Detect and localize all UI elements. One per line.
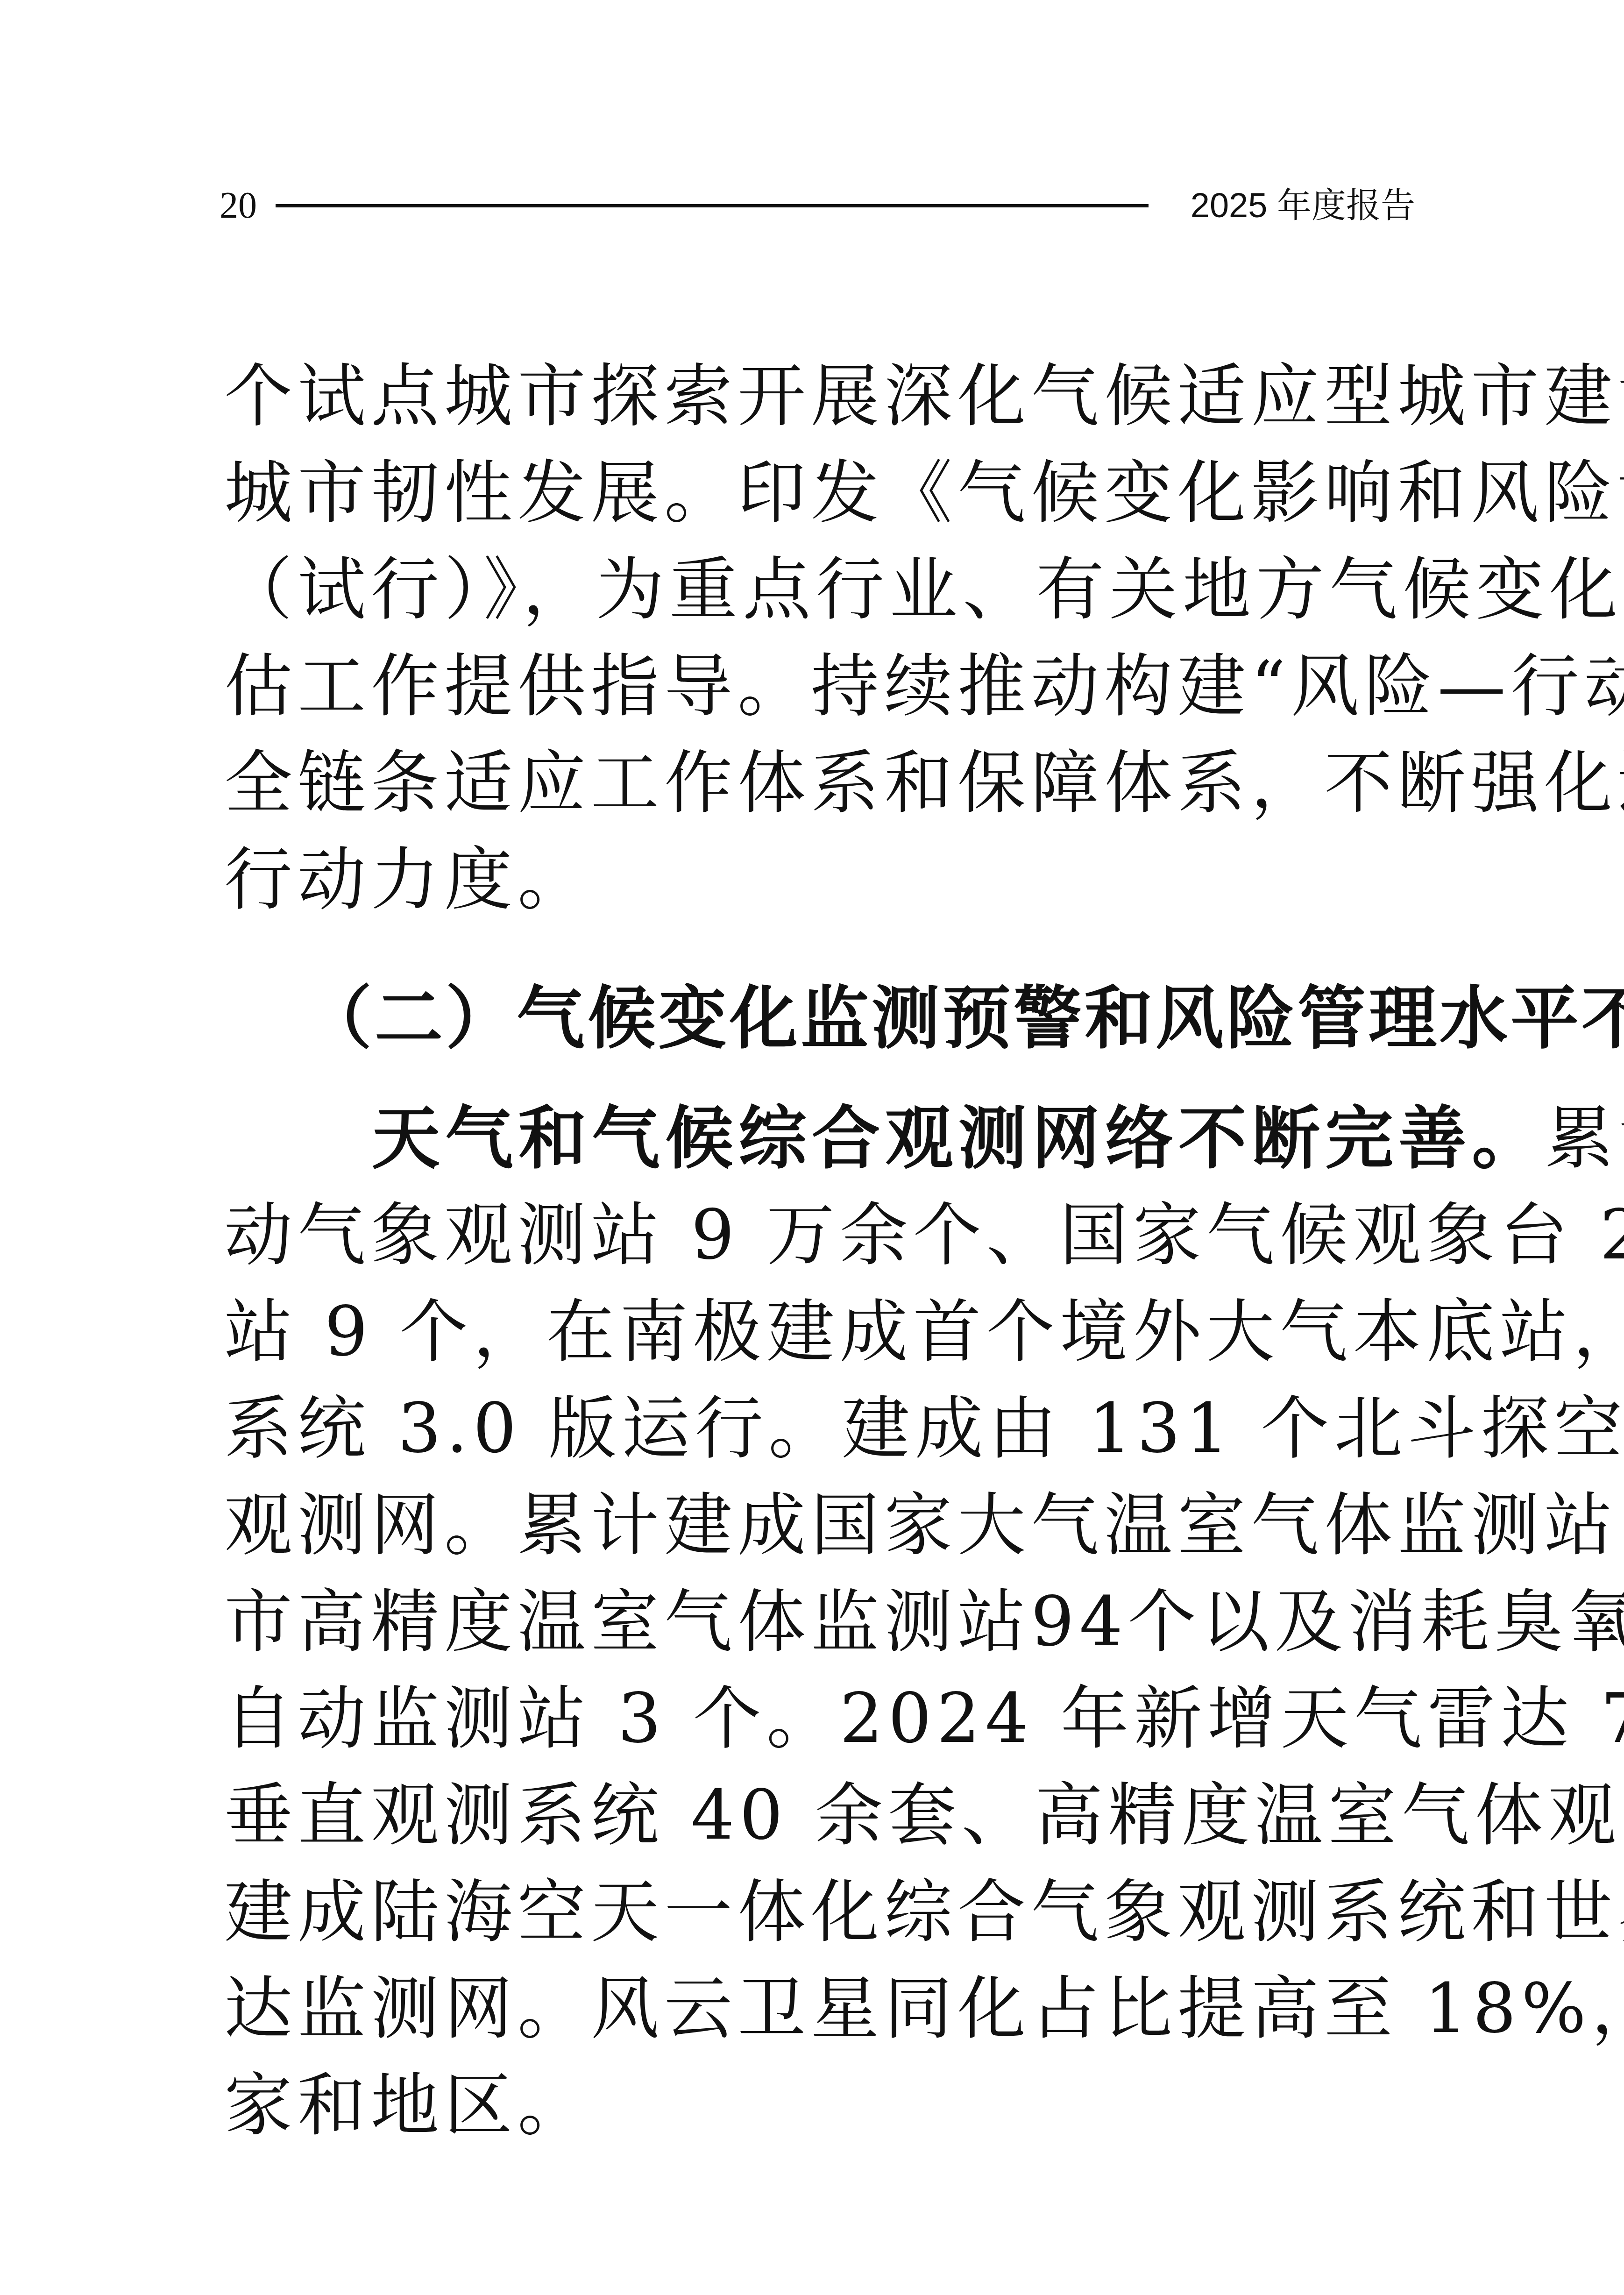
text-line: （试行）》，为重点行业、有关地方气候变化影响和风险评 [224, 541, 1411, 638]
text-line: 达监测网。风云卫星同化占比提高至 18%，服务 132 个国 [224, 1961, 1411, 2057]
text-line: 自动监测站 3 个。2024 年新增天气雷达 70 余部、地基遥感 [224, 1670, 1411, 1767]
text-line: 家和地区。 [224, 2057, 1411, 2154]
paragraph-adaptation: 个试点城市探索开展深化气候适应型城市建设工作，推动 城市韧性发展。印发《气候变化… [224, 348, 1411, 928]
text-line: 市高精度温室气体监测站94个以及消耗臭氧层物质（ODS） [224, 1574, 1411, 1670]
text-line: 估工作提供指导。持续推动构建“风险—行动—反馈”的 [224, 638, 1411, 735]
text-line: 城市韧性发展。印发《气候变化影响和风险评估技术指南 [224, 445, 1411, 541]
paragraph-lead-bold: 天气和气候综合观测网络不断完善。 [372, 1099, 1545, 1178]
text-line: 行动力度。 [224, 831, 1411, 928]
running-title: 2025 年度报告 [1191, 188, 1415, 223]
page-header: 20 2025 年度报告 [220, 178, 1415, 234]
text-line: 系统 3.0 版运行。建成由 131 个北斗探空站组成的高空气象 [224, 1380, 1411, 1477]
paragraph-observation-network: 天气和气候综合观测网络不断完善。累计建成地面自 动气象观测站 9 万余个、国家气… [224, 1090, 1411, 2154]
text-line: 建成陆海空天一体化综合气象观测系统和世界最大天气雷 [224, 1864, 1411, 1961]
text-line: 个试点城市探索开展深化气候适应型城市建设工作，推动 [224, 348, 1411, 445]
text-line: 全链条适应工作体系和保障体系，不断强化适应气候变化 [224, 735, 1411, 831]
text-line-first: 天气和气候综合观测网络不断完善。累计建成地面自 [224, 1090, 1411, 1187]
text-line: 站 9 个，在南极建成首个境外大气本底站，全球气候模式 [224, 1284, 1411, 1380]
text-line: 观测网。累计建成国家大气温室气体监测站 12 个、重点城 [224, 1477, 1411, 1574]
paragraph-lead-rest: 累计建成地面自 [1545, 1099, 1624, 1178]
page-body: 个试点城市探索开展深化气候适应型城市建设工作，推动 城市韧性发展。印发《气候变化… [224, 348, 1411, 2154]
header-rule [276, 204, 1149, 207]
page-number: 20 [220, 187, 257, 224]
text-line: 动气象观测站 9 万余个、国家气候观象台 27 个、大气本底 [224, 1187, 1411, 1284]
section-heading: （二）气候变化监测预警和风险管理水平不断加强 [224, 970, 1411, 1067]
text-line: 垂直观测系统 40 余套、高精度温室气体观测站 50 余个， [224, 1767, 1411, 1864]
